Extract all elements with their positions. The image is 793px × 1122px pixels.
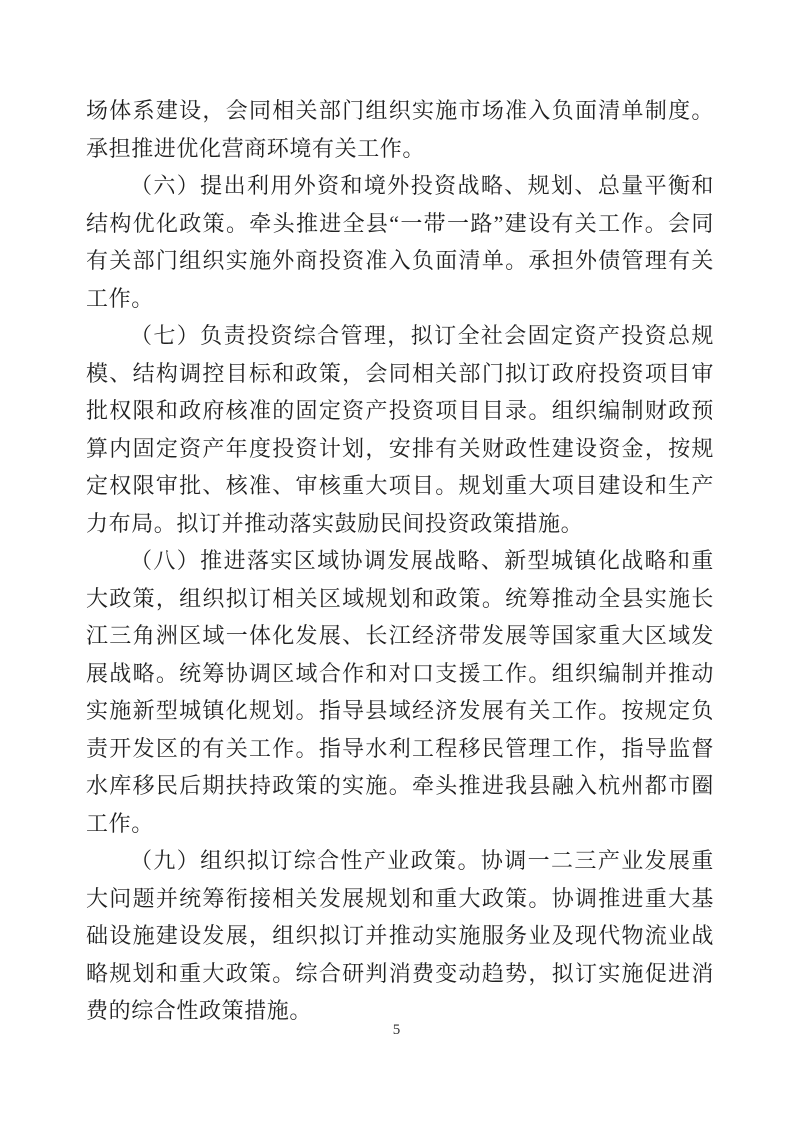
paragraph-item-8: （八）推进落实区域协调发展战略、新型城镇化战略和重大政策，组织拟订相关区域规划和… [86, 542, 714, 842]
paragraph-continuation: 场体系建设，会同相关部门组织实施市场准入负面清单制度。承担推进优化营商环境有关工… [86, 92, 714, 167]
paragraph-item-6: （六）提出利用外资和境外投资战略、规划、总量平衡和结构优化政策。牵头推进全县“一… [86, 167, 714, 317]
document-page: 场体系建设，会同相关部门组织实施市场准入负面清单制度。承担推进优化营商环境有关工… [0, 0, 793, 1122]
paragraph-item-9: （九）组织拟订综合性产业政策。协调一二三产业发展重大问题并统筹衔接相关发展规划和… [86, 842, 714, 1030]
paragraph-item-7: （七）负责投资综合管理，拟订全社会固定资产投资总规模、结构调控目标和政策，会同相… [86, 317, 714, 542]
page-number: 5 [0, 1022, 793, 1039]
body-text: 场体系建设，会同相关部门组织实施市场准入负面清单制度。承担推进优化营商环境有关工… [86, 92, 714, 1030]
